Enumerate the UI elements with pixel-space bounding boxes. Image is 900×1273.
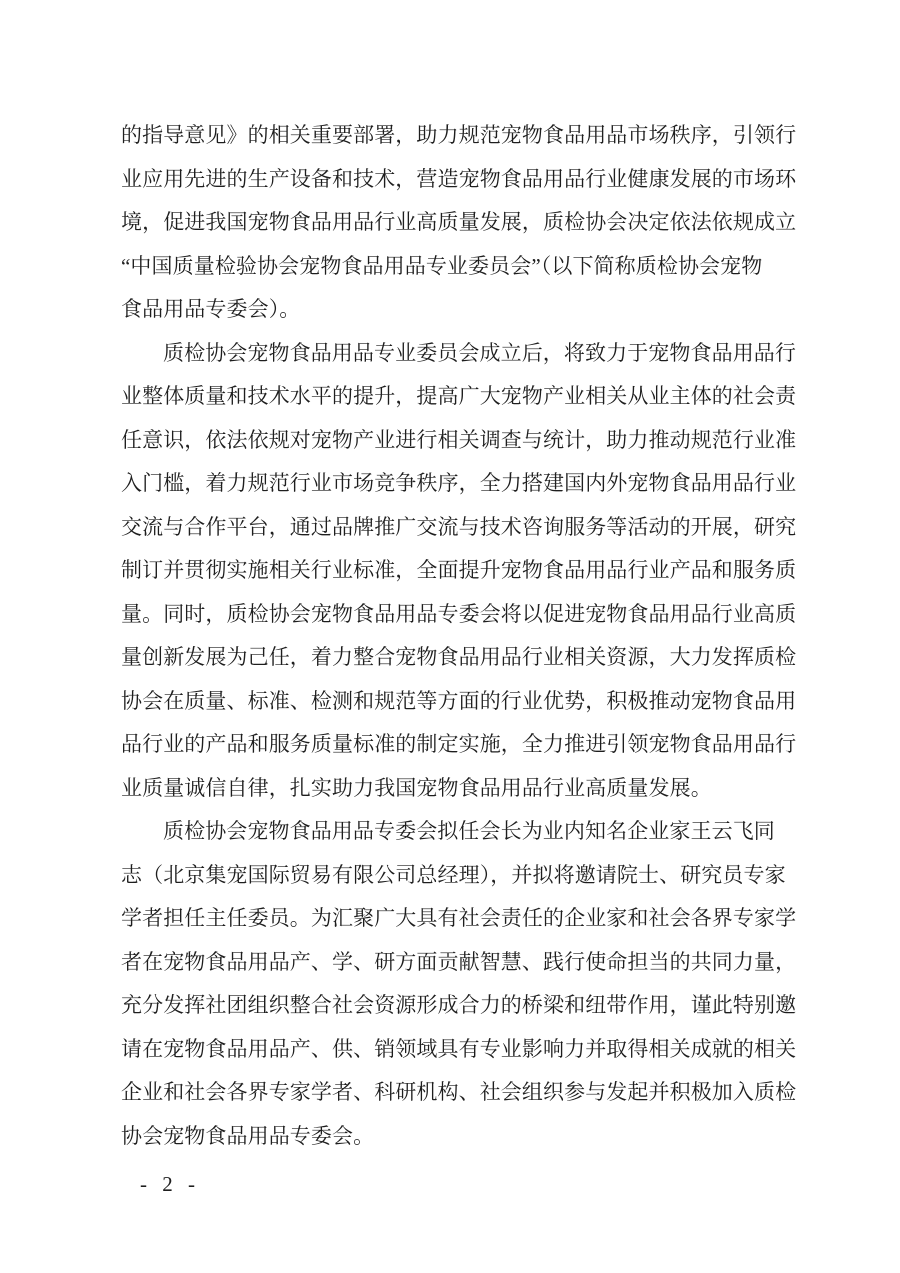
text-line: 协会宠物食品用品专委会。	[121, 1115, 821, 1159]
text-line: 量。同时，质检协会宠物食品用品专委会将以促进宠物食品用品行业高质	[121, 593, 821, 637]
text-line: 质检协会宠物食品用品专业委员会成立后，将致力于宠物食品用品行	[121, 332, 821, 376]
text-line: 业应用先进的生产设备和技术，营造宠物食品用品行业健康发展的市场环	[121, 158, 821, 202]
paragraph: 的指导意见》的相关重要部署，助力规范宠物食品用品市场秩序，引领行 业应用先进的生…	[121, 114, 821, 332]
text-line: 境，促进我国宠物食品用品行业高质量发展，质检协会决定依法依规成立	[121, 201, 821, 245]
text-line: 志（北京集宠国际贸易有限公司总经理），并拟将邀请院士、研究员专家	[121, 854, 821, 898]
paragraph: 质检协会宠物食品用品专委会拟任会长为业内知名企业家王云飞同 志（北京集宠国际贸易…	[121, 810, 821, 1158]
text-line: 企业和社会各界专家学者、科研机构、社会组织参与发起并积极加入质检	[121, 1071, 821, 1115]
text-line: 入门槛，着力规范行业市场竞争秩序，全力搭建国内外宠物食品用品行业	[121, 462, 821, 506]
text-line: 任意识，依法依规对宠物产业进行相关调查与统计，助力推动规范行业准	[121, 419, 821, 463]
text-line: 学者担任主任委员。为汇聚广大具有社会责任的企业家和社会各界专家学	[121, 897, 821, 941]
text-line: 者在宠物食品用品产、学、研方面贡献智慧、践行使命担当的共同力量，	[121, 941, 821, 985]
text-line: 协会在质量、标准、检测和规范等方面的行业优势，积极推动宠物食品用	[121, 680, 821, 724]
text-line: 业质量诚信自律，扎实助力我国宠物食品用品行业高质量发展。	[121, 767, 821, 811]
page-number: - 2 -	[140, 1163, 821, 1207]
document-page: 的指导意见》的相关重要部署，助力规范宠物食品用品市场秩序，引领行 业应用先进的生…	[0, 0, 900, 1273]
text-line: 交流与合作平台，通过品牌推广交流与技术咨询服务等活动的开展，研究	[121, 506, 821, 550]
text-line: 业整体质量和技术水平的提升，提高广大宠物产业相关从业主体的社会责	[121, 375, 821, 419]
text-line: 请在宠物食品用品产、供、销领域具有专业影响力并取得相关成就的相关	[121, 1028, 821, 1072]
paragraph: 质检协会宠物食品用品专业委员会成立后，将致力于宠物食品用品行 业整体质量和技术水…	[121, 332, 821, 811]
text-line: 制订并贯彻实施相关行业标准，全面提升宠物食品用品行业产品和服务质	[121, 549, 821, 593]
text-line: 食品用品专委会）。	[121, 288, 821, 332]
text-line: “中国质量检验协会宠物食品用品专业委员会”（以下简称质检协会宠物	[121, 245, 821, 289]
text-line: 量创新发展为己任，着力整合宠物食品用品行业相关资源，大力发挥质检	[121, 636, 821, 680]
document-body-text: 的指导意见》的相关重要部署，助力规范宠物食品用品市场秩序，引领行 业应用先进的生…	[121, 114, 821, 1207]
text-line: 品行业的产品和服务质量标准的制定实施，全力推进引领宠物食品用品行	[121, 723, 821, 767]
text-line: 质检协会宠物食品用品专委会拟任会长为业内知名企业家王云飞同	[121, 810, 821, 854]
text-line: 的指导意见》的相关重要部署，助力规范宠物食品用品市场秩序，引领行	[121, 114, 821, 158]
text-line: 充分发挥社团组织整合社会资源形成合力的桥梁和纽带作用，谨此特别邀	[121, 984, 821, 1028]
